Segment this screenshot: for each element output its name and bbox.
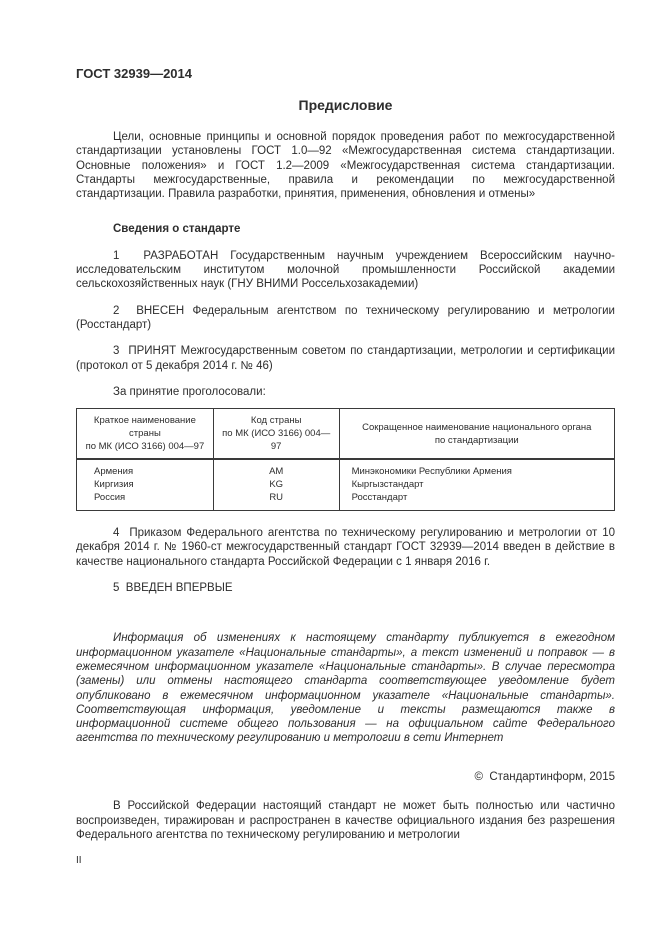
standard-item-4: 4 Приказом Федерального агентства по тех…	[76, 526, 615, 569]
vote-table: Краткое наименование страны по МК (ИСО 3…	[76, 408, 615, 511]
page-content: ГОСТ 32939—2014 Предисловие Цели, основн…	[76, 66, 615, 746]
country-code: RU	[213, 491, 339, 511]
vote-intro: За принятие проголосовали:	[76, 385, 615, 399]
country-name: Россия	[77, 491, 214, 511]
national-body: Росстандарт	[339, 491, 614, 511]
country-code: AM	[213, 459, 339, 478]
header-national-body: Сокращенное наименование национального о…	[339, 409, 614, 460]
header-country-name: Краткое наименование страны по МК (ИСО 3…	[77, 409, 214, 460]
table-header-row: Краткое наименование страны по МК (ИСО 3…	[77, 409, 615, 460]
table-row: Россия RU Росстандарт	[77, 491, 615, 511]
table-row: Киргизия KG Кыргызстандарт	[77, 478, 615, 491]
country-code: KG	[213, 478, 339, 491]
section-heading: Сведения о стандарте	[76, 222, 615, 236]
intro-paragraph: Цели, основные принципы и основной поряд…	[76, 130, 615, 201]
standard-item-5: 5 ВВЕДЕН ВПЕРВЫЕ	[76, 581, 615, 595]
standard-item-1: 1 РАЗРАБОТАН Государственным научным учр…	[76, 249, 615, 292]
document-page: ГОСТ 32939—2014 Предисловие Цели, основн…	[0, 0, 661, 936]
national-body: Кыргызстандарт	[339, 478, 614, 491]
doc-code: ГОСТ 32939—2014	[76, 66, 615, 81]
copyright-line: © Стандартинформ, 2015	[76, 770, 615, 784]
national-body: Минэкономики Республики Армения	[339, 459, 614, 478]
reproduction-restriction: В Российской Федерации настоящий стандар…	[76, 799, 615, 842]
standard-item-3: 3 ПРИНЯТ Межгосударственным советом по с…	[76, 344, 615, 373]
standard-item-2: 2 ВНЕСЕН Федеральным агентством по техни…	[76, 304, 615, 333]
vote-table-body: Армения AM Минэкономики Республики Армен…	[77, 459, 615, 511]
country-name: Армения	[77, 459, 214, 478]
page-number: II	[76, 855, 615, 866]
table-row: Армения AM Минэкономики Республики Армен…	[77, 459, 615, 478]
country-name: Киргизия	[77, 478, 214, 491]
header-country-code: Код страны по МК (ИСО 3166) 004—97	[213, 409, 339, 460]
vote-table-head: Краткое наименование страны по МК (ИСО 3…	[77, 409, 615, 460]
page-footer: © Стандартинформ, 2015 В Российской Феде…	[76, 770, 615, 866]
page-title: Предисловие	[76, 97, 615, 113]
update-notice: Информация об изменениях к настоящему ст…	[76, 631, 615, 745]
